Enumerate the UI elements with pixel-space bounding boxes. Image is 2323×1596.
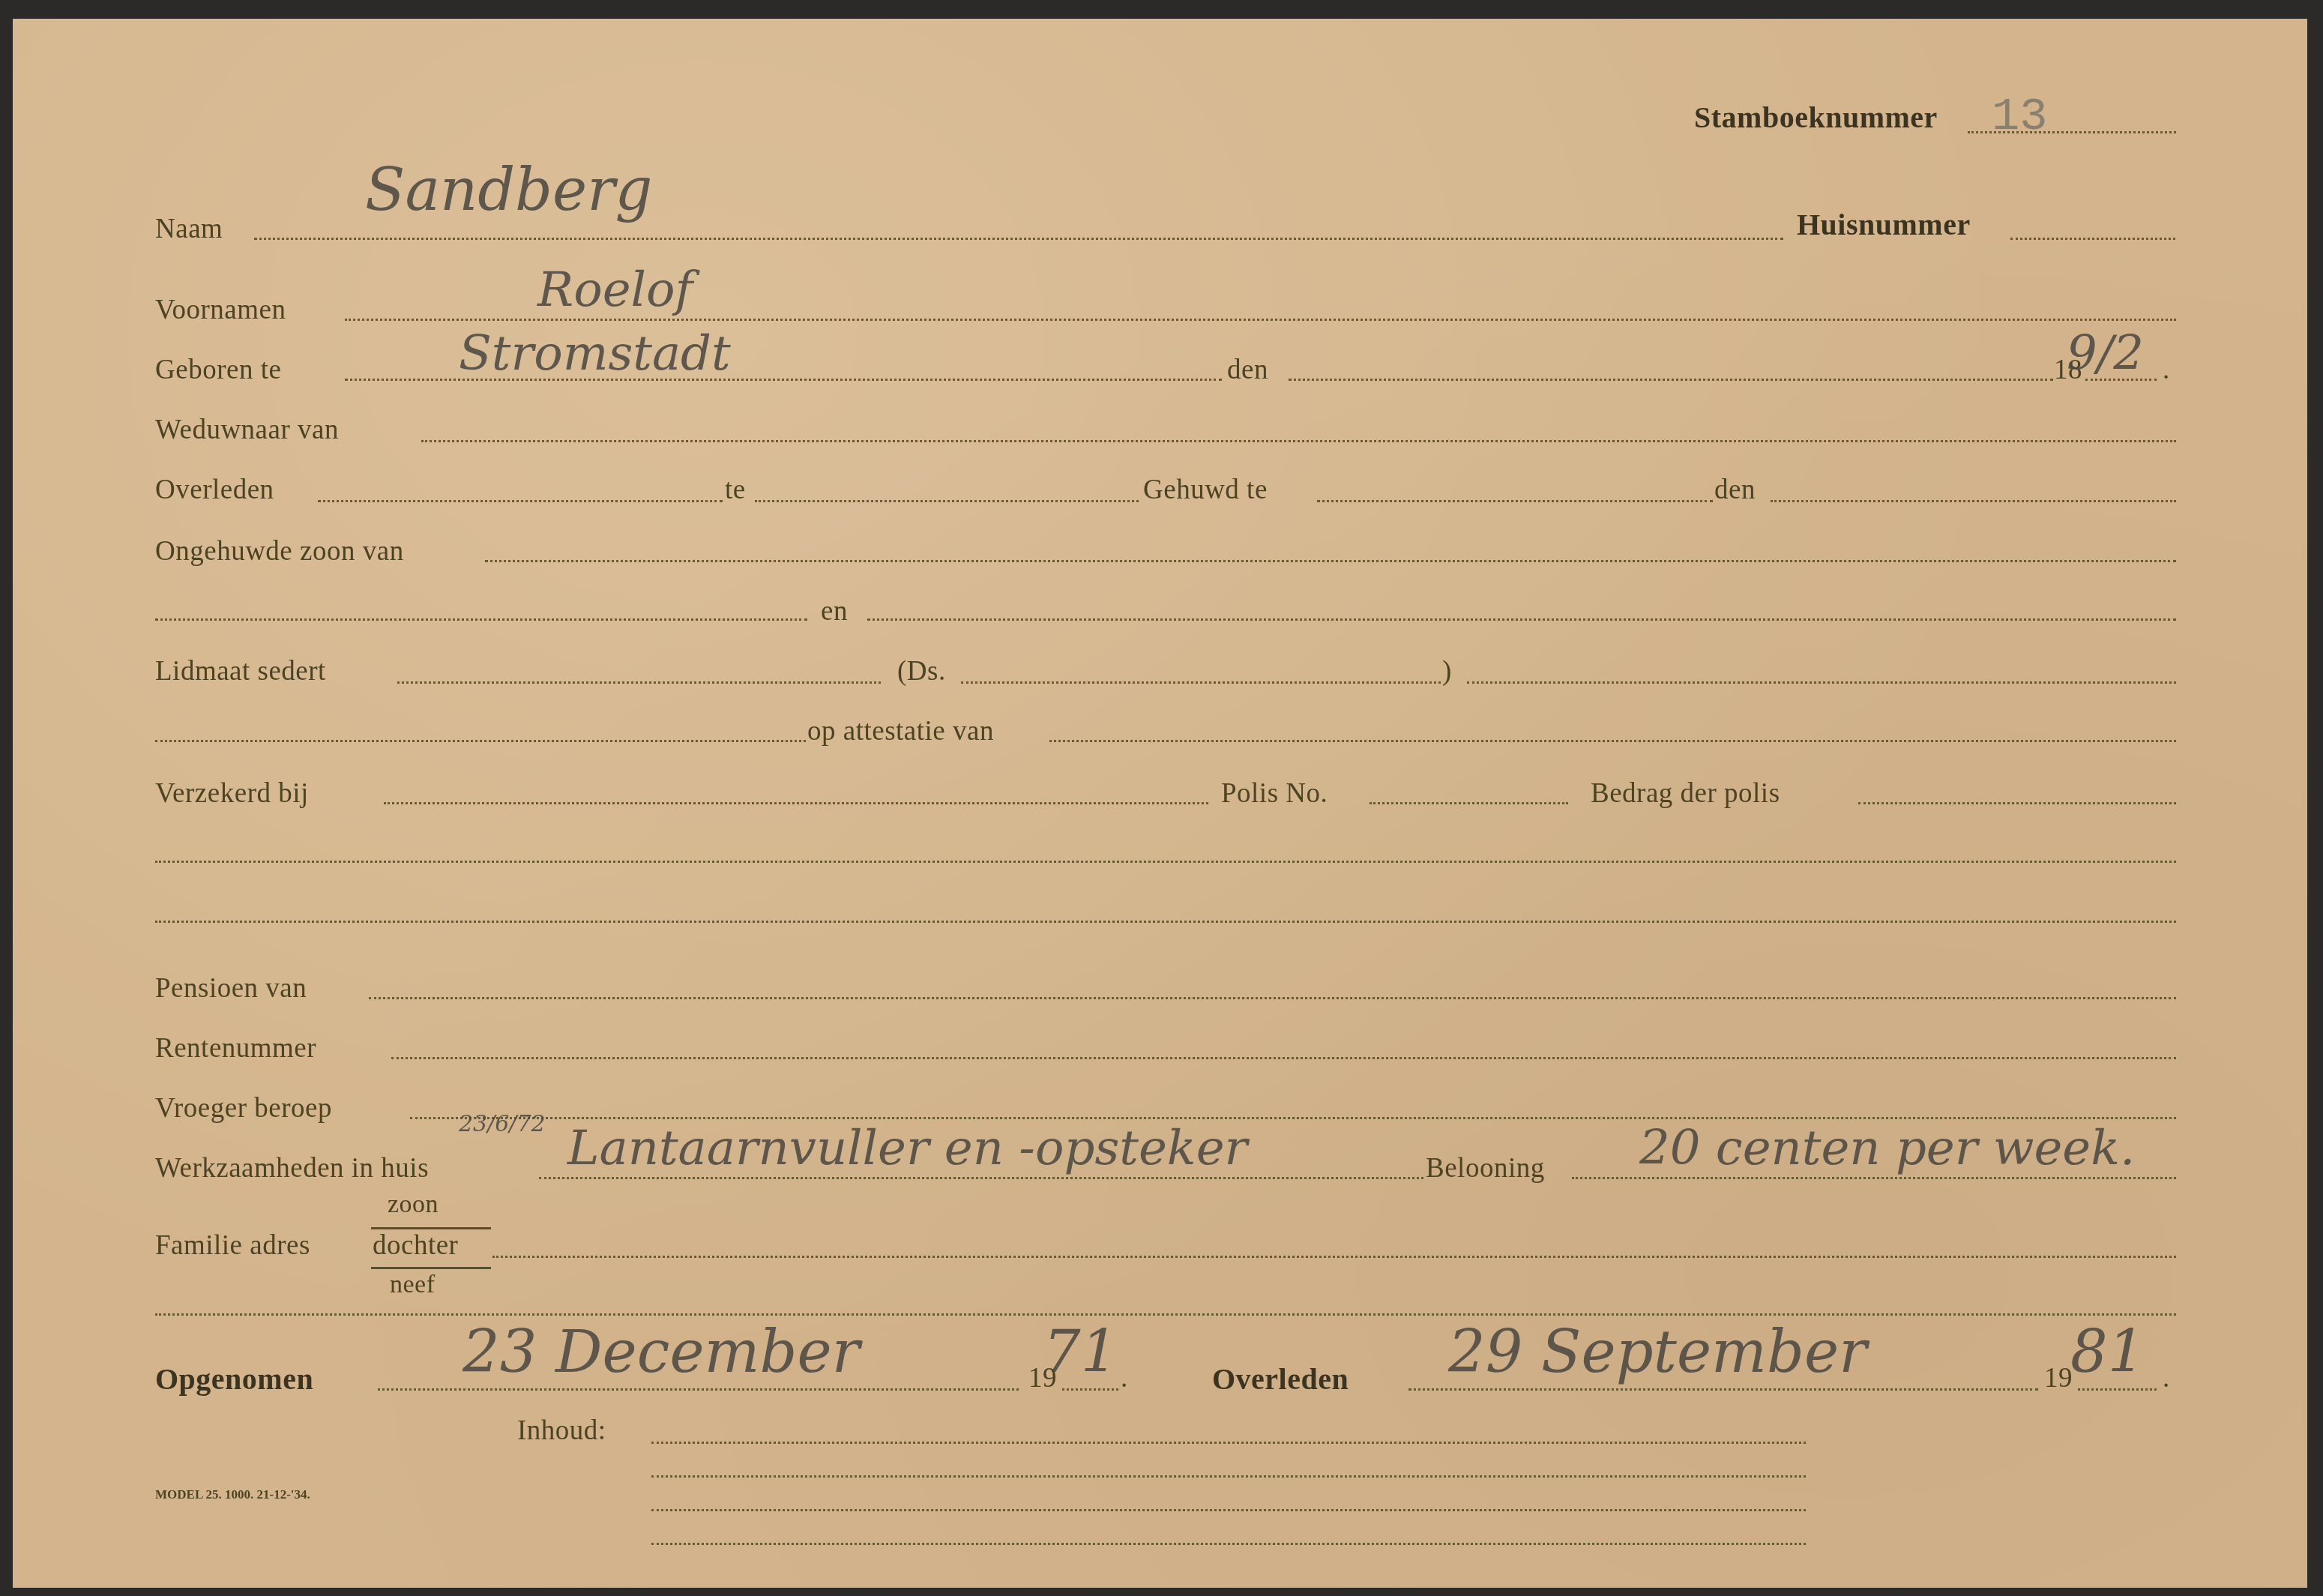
registration-card: Stamboeknummer 13 Naam Sandberg Huisnumm… xyxy=(13,19,2307,1588)
opgenomen-label: Opgenomen xyxy=(155,1364,313,1394)
geboren-label: Geboren te xyxy=(155,356,281,384)
verzekerd-line xyxy=(384,802,1208,804)
overleden-final-line xyxy=(1408,1388,2038,1391)
overleden-final-year-suffix: . xyxy=(2163,1364,2170,1392)
vroeger-beroep-label: Vroeger beroep xyxy=(155,1094,332,1122)
ongehuwde-en-label: en xyxy=(821,597,848,625)
attestatie-pre-line xyxy=(155,740,806,742)
gehuwd-den-line xyxy=(1771,500,2176,502)
naam-line xyxy=(254,238,1783,240)
werkzaamheden-value: Lantaarnvuller en -opsteker xyxy=(567,1124,1247,1172)
inhoud-line-4 xyxy=(651,1543,1806,1545)
lidmaat-label: Lidmaat sedert xyxy=(155,657,326,685)
lidmaat-ds-close: ) xyxy=(1442,657,1452,685)
overleden-final-label: Overleden xyxy=(1212,1364,1349,1394)
attestatie-label: op attestatie van xyxy=(807,717,994,745)
inhoud-line-1 xyxy=(651,1442,1806,1444)
model-footer: MODEL 25. 1000. 21-12-'34. xyxy=(155,1488,310,1501)
ongehuwde-parent2-line xyxy=(867,618,2176,621)
rentenummer-label: Rentenummer xyxy=(155,1035,316,1062)
weduwnaar-label: Weduwnaar van xyxy=(155,416,339,444)
familie-option-zoon: zoon xyxy=(388,1192,439,1217)
geboren-value: Stromstadt xyxy=(459,330,731,378)
opgenomen-date: 23 December xyxy=(463,1323,860,1382)
overleden-final-date: 29 September xyxy=(1448,1323,1866,1382)
familie-option-neef: neef xyxy=(390,1272,436,1298)
verzekerd-label: Verzekerd bij xyxy=(155,780,309,807)
familie-extra-line xyxy=(155,1313,2176,1316)
inhoud-line-2 xyxy=(651,1475,1806,1478)
overleden-line xyxy=(318,500,723,502)
lidmaat-ds-line xyxy=(961,681,1441,684)
attestatie-line xyxy=(1049,740,2176,742)
opgenomen-year-line xyxy=(1062,1388,1118,1391)
rentenummer-line xyxy=(391,1057,2176,1059)
ongehuwde-line xyxy=(485,560,2176,562)
overleden-label: Overleden xyxy=(155,476,274,504)
ongehuwde-parent1-line xyxy=(155,618,807,621)
belooning-value: 20 centen per week. xyxy=(1639,1124,2135,1172)
voornamen-value: Roelof xyxy=(537,266,693,314)
stamboeknummer-label: Stamboeknummer xyxy=(1694,103,1938,133)
werkzaamheden-label: Werkzaamheden in huis xyxy=(155,1154,429,1182)
werkzaamheden-date: 23/6/72 xyxy=(459,1113,546,1136)
naam-label: Naam xyxy=(155,215,223,243)
bedrag-label: Bedrag der polis xyxy=(1591,780,1780,807)
geboren-year-value: 9/2 xyxy=(2067,330,2144,378)
vroeger-beroep-line xyxy=(410,1117,2176,1119)
gehuwd-den-label: den xyxy=(1714,476,1756,504)
weduwnaar-line xyxy=(421,440,2176,442)
bedrag-line xyxy=(1858,802,2176,804)
pensioen-line xyxy=(369,997,2176,999)
familie-divider-1 xyxy=(371,1227,491,1229)
pensioen-label: Pensioen van xyxy=(155,975,307,1002)
lidmaat-rest-line xyxy=(1467,681,2176,684)
extra-line-1 xyxy=(155,861,2176,863)
naam-value: Sandberg xyxy=(365,161,652,220)
lidmaat-ds-label: (Ds. xyxy=(897,657,946,685)
geboren-year-suffix: . xyxy=(2163,356,2170,384)
stamboeknummer-value: 13 xyxy=(1992,94,2047,140)
overleden-final-year-prefix: 19 xyxy=(2044,1364,2073,1392)
geboren-den-line xyxy=(1289,379,2053,381)
familie-option-dochter: dochter xyxy=(373,1232,458,1259)
familie-divider-2 xyxy=(371,1267,491,1269)
polis-line xyxy=(1370,802,1568,804)
familie-label: Familie adres xyxy=(155,1232,310,1259)
belooning-label: Belooning xyxy=(1426,1154,1545,1182)
inhoud-line-3 xyxy=(651,1509,1806,1511)
polis-label: Polis No. xyxy=(1221,780,1328,807)
overleden-te-line xyxy=(755,500,1139,502)
lidmaat-line xyxy=(397,681,881,684)
opgenomen-line xyxy=(378,1388,1019,1391)
opgenomen-year-suffix: . xyxy=(1121,1364,1128,1392)
overleden-te-label: te xyxy=(725,476,746,504)
huisnummer-line xyxy=(2010,238,2175,240)
overleden-final-year-value: 81 xyxy=(2070,1323,2145,1382)
ongehuwde-label: Ongehuwde zoon van xyxy=(155,537,404,565)
geboren-den-label: den xyxy=(1227,356,1268,384)
werkzaamheden-line xyxy=(539,1177,1423,1179)
gehuwd-line xyxy=(1317,500,1713,502)
belooning-line xyxy=(1572,1177,2176,1179)
overleden-final-year-line xyxy=(2078,1388,2157,1391)
familie-line xyxy=(492,1256,2176,1258)
huisnummer-label: Huisnummer xyxy=(1797,210,1971,240)
inhoud-label: Inhoud: xyxy=(517,1417,606,1445)
extra-line-2 xyxy=(155,921,2176,923)
voornamen-label: Voornamen xyxy=(155,296,286,324)
opgenomen-year-value: 71 xyxy=(1043,1323,1118,1382)
gehuwd-label: Gehuwd te xyxy=(1143,476,1268,504)
voornamen-line xyxy=(345,319,2176,321)
